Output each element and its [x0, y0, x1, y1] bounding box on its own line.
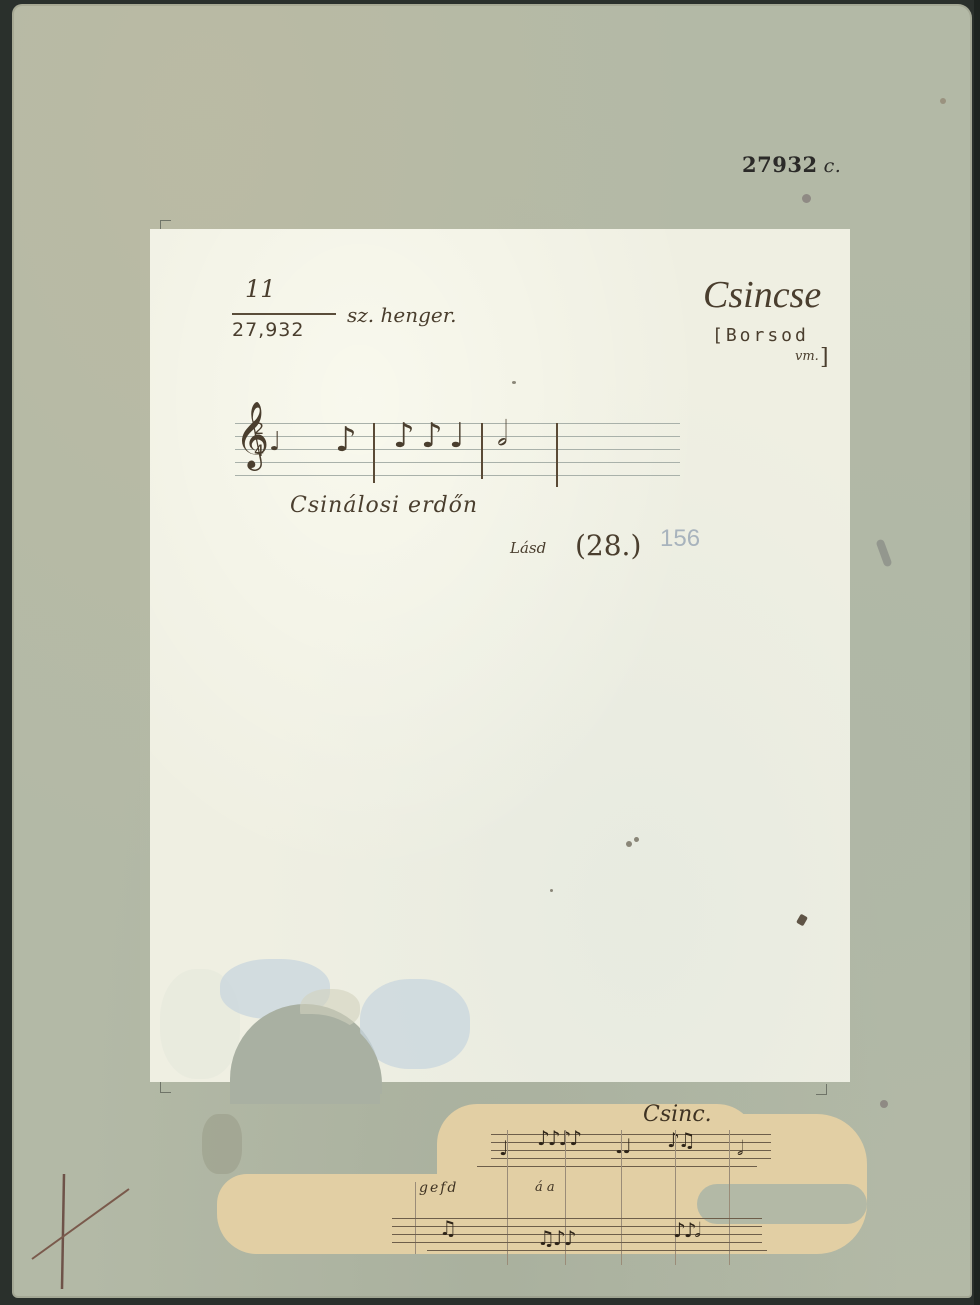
stain-dot [940, 98, 946, 104]
note-icon: ♪ [335, 423, 357, 457]
note-icon: 𝅗𝅥 [737, 1138, 741, 1158]
note-icon: ♪ [393, 419, 415, 453]
note-icon: ♪♪𝅗𝅥 [673, 1220, 699, 1240]
county-name: [Borsod [712, 325, 809, 346]
stain-dot [880, 1100, 888, 1108]
county-bracket-close: ] [820, 345, 829, 370]
barline [556, 423, 558, 487]
barline [507, 1130, 508, 1265]
archive-board: 27932c. 11 27,932 sz. henger. Csincse [B… [12, 4, 972, 1298]
cylinder-label: sz. henger. [347, 303, 456, 327]
smudge-mark [875, 538, 892, 567]
staff-line [427, 1250, 767, 1251]
index-card: 11 27,932 sz. henger. Csincse [Borsod vm… [150, 229, 850, 1082]
barline [621, 1130, 622, 1265]
staff-line [477, 1166, 757, 1167]
note-icon: 𝅗𝅥 [497, 417, 508, 451]
music-staff: 𝄞 2 4 ♩ ♪ ♪ ♪ ♩ 𝅗𝅥 [235, 415, 680, 477]
music-fragment: Csinc. ♩ ♪♪♪♪ ♩♩ ♪♫ 𝅗𝅥 gefd á a ♫ ♫♪♪ ♪♪… [207, 1094, 877, 1269]
barline [373, 423, 375, 483]
barline [675, 1130, 676, 1265]
time-signature-bottom: 4 [254, 443, 264, 459]
note-icon: ♫♪♪ [537, 1228, 574, 1248]
song-incipit: Csinálosi erdőn [290, 493, 478, 518]
cross-reference-label: Lásd [510, 539, 546, 557]
fraction-numerator: 11 [245, 275, 276, 303]
catalog-number-value: 27932 [742, 152, 818, 177]
fragment-title: Csinc. [643, 1102, 712, 1127]
note-icon: ♩ [269, 429, 281, 455]
note-icon: ♪♫ [667, 1130, 694, 1150]
stain-dot [802, 194, 811, 203]
speck [634, 837, 639, 842]
speck [512, 381, 516, 384]
fraction-line [232, 313, 336, 315]
staff-line [235, 462, 680, 463]
speck [550, 889, 553, 892]
note-icon: ♩ [499, 1138, 506, 1158]
scan-edge [974, 0, 980, 1305]
corner-mark-bottom-left [160, 1082, 171, 1093]
note-icon: ♪♪♪♪ [537, 1128, 580, 1148]
speck [796, 914, 808, 927]
fraction-denominator: 27,932 [232, 319, 304, 341]
note-icon: ♫ [439, 1218, 455, 1238]
barline [729, 1130, 730, 1265]
stain [360, 979, 470, 1069]
note-icon: ♪ [421, 419, 443, 453]
county-abbreviation: vm. [795, 349, 819, 364]
note-icon: ♩ [449, 419, 465, 453]
cross-reference-number: (28.) [575, 529, 641, 562]
catalog-number: 27932c. [742, 152, 841, 177]
catalog-number-suffix: c. [824, 155, 842, 177]
time-signature-top: 2 [254, 421, 264, 437]
fragment-note-names: gefd [419, 1180, 458, 1196]
pencil-number: 156 [660, 525, 700, 553]
pencil-cross-mark [24, 1164, 134, 1294]
note-icon: ♩♩ [615, 1136, 630, 1156]
speck [626, 841, 632, 847]
village-name: Csincse [703, 273, 821, 317]
fragment-syllables: á a [535, 1180, 555, 1195]
staff-line [392, 1242, 762, 1243]
staff-line [235, 475, 680, 476]
barline [481, 423, 483, 479]
stain [202, 1114, 242, 1174]
